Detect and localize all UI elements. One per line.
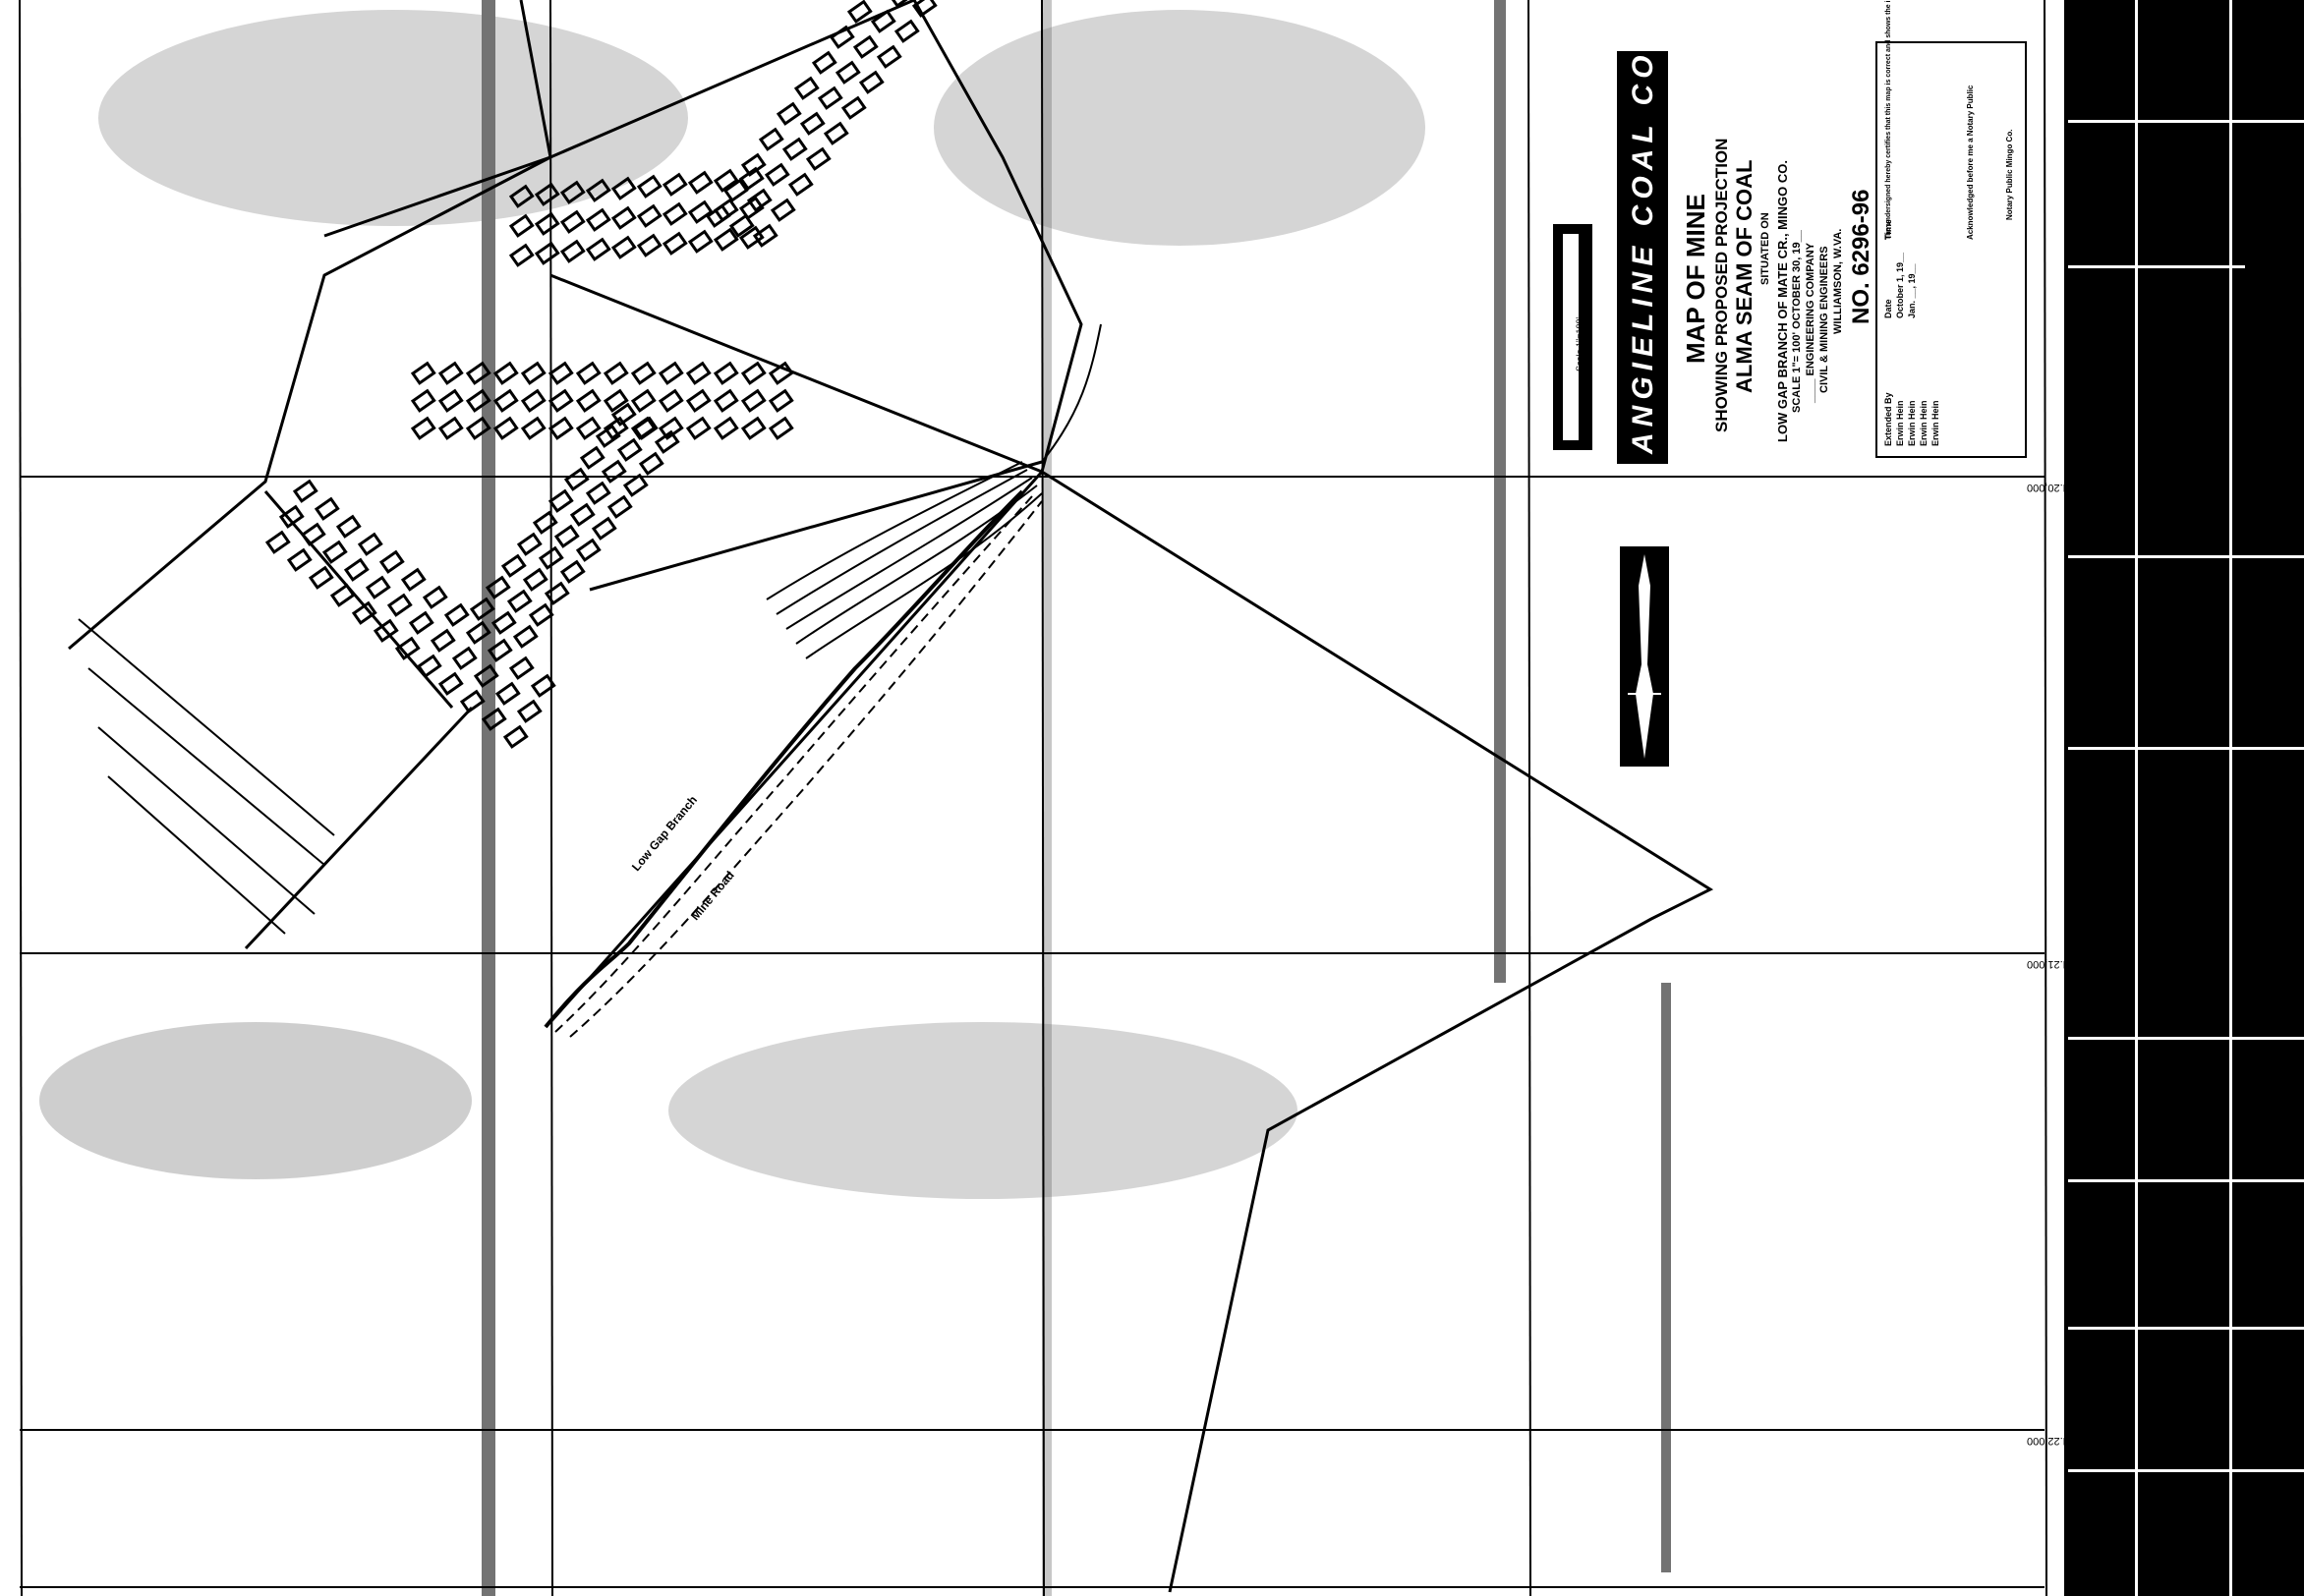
revision-cell: Erwin Hein <box>1895 400 1905 446</box>
company-banner: ANGIELINE COAL COMPANY <box>1617 51 1668 464</box>
notary-text: Notary Public Mingo Co. <box>2005 130 2014 220</box>
map-subtitle: SHOWING PROPOSED PROJECTION <box>1712 139 1732 432</box>
map-title: MAP OF MINE <box>1681 194 1711 364</box>
border-grid-line <box>2229 0 2232 1596</box>
acknowledgement-text: Acknowledged before me a Notary Public <box>1966 85 1975 240</box>
scale-date-text: SCALE 1"= 100' OCTOBER 30, 19__ <box>1791 230 1803 413</box>
engineer-firm: ____ ENGINEERING COMPANY <box>1805 243 1816 403</box>
border-grid-line <box>2068 120 2304 123</box>
engineer-city: WILLIAMSON, W.VA. <box>1832 229 1844 334</box>
revision-cell: Erwin Hein <box>1930 400 1940 446</box>
revision-cell: Erwin Hein <box>1919 400 1929 446</box>
engineer-type: CIVIL & MINING ENGINEERS <box>1818 246 1830 393</box>
coordinate-label: N.20,000 <box>2027 482 2071 493</box>
border-grid-line <box>2068 747 2304 750</box>
situated-label: SITUATED ON <box>1759 212 1771 285</box>
map-number: NO. 6296-96 <box>1848 190 1875 324</box>
border-grid-line <box>2135 0 2138 1596</box>
border-grid-line <box>2068 1327 2304 1330</box>
company-name: ANGIELINE COAL COMPANY <box>1627 0 1660 454</box>
revision-cell: Jan. __, 19__ <box>1907 263 1917 318</box>
seam-name: ALMA SEAM OF COAL <box>1732 160 1757 394</box>
scale-bar: Scale 1"=100' <box>1553 224 1592 450</box>
revision-table: Extended By Date Time Erwin Hein October… <box>1875 41 2027 458</box>
certification-text: The undersigned hereby certifies that th… <box>1885 0 1892 240</box>
border-grid-line <box>2068 1469 2304 1472</box>
revision-header: Extended By <box>1883 392 1893 446</box>
north-arrow-icon <box>1620 546 1669 767</box>
revision-cell: Erwin Hein <box>1907 400 1917 446</box>
border-grid-line <box>2068 1179 2304 1182</box>
location-text: LOW GAP BRANCH OF MATE CR., MINGO CO. <box>1775 160 1790 442</box>
border-grid-line <box>2068 1037 2304 1040</box>
revision-cell: October 1, 19__ <box>1895 253 1905 318</box>
border-grid-line <box>2068 555 2304 558</box>
revision-header: Date <box>1883 299 1893 318</box>
border-grid-line <box>2068 265 2245 268</box>
coordinate-label: N.22,000 <box>2027 1435 2071 1447</box>
scan-border <box>2064 0 2304 1596</box>
scale-bar-label: Scale 1"=100' <box>1575 317 1584 371</box>
coordinate-label: N.21,000 <box>2027 958 2071 970</box>
